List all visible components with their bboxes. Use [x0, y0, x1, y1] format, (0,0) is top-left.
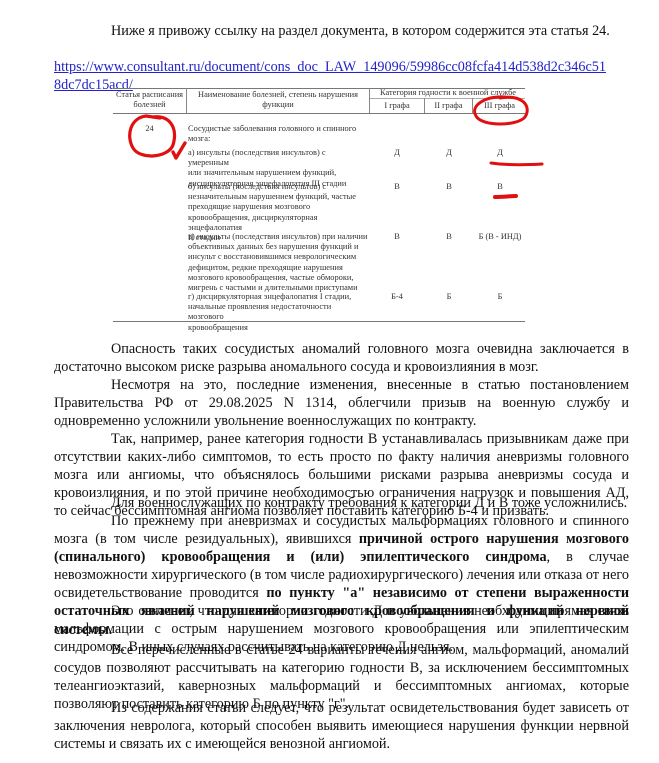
header-disease-name: Наименование болезней, степень нарушения…	[187, 90, 369, 110]
row-v-col-2: В	[424, 232, 474, 242]
row-b-col-2: В	[424, 182, 474, 192]
row-g-col-2: Б	[424, 292, 474, 302]
paragraph-8: Из содержания статьи следует, что резуль…	[54, 699, 629, 753]
header-col-3: III графа	[473, 101, 526, 111]
row-a-col-2: Д	[424, 148, 474, 158]
group-title: Сосудистые заболевания головного и спинн…	[188, 124, 368, 144]
row-a-col-3: Д	[475, 148, 525, 158]
table-row-g: г) дисциркуляторная энцефалопатия I стад…	[188, 292, 368, 333]
paragraph-1: Опасность таких сосудистых аномалий голо…	[54, 340, 629, 376]
paragraph-2: Несмотря на это, последние изменения, вн…	[54, 376, 629, 430]
header-col-1: I графа	[370, 101, 424, 111]
row-v-col-3: Б (В - ИНД)	[468, 232, 532, 242]
intro-sentence: Ниже я привожу ссылку на раздел документ…	[111, 22, 631, 40]
row-g-col-1: Б-4	[372, 292, 422, 302]
row-v-col-1: В	[372, 232, 422, 242]
table-row-v: в) инсульты (последствия инсультов) при …	[188, 232, 368, 293]
disease-schedule-table: Статья расписанияболезней Наименование б…	[108, 86, 528, 324]
row-a-col-1: Д	[372, 148, 422, 158]
paragraph-4: Для военнослужащих по контракту требован…	[54, 494, 629, 512]
row-b-col-1: В	[372, 182, 422, 192]
article-number: 24	[113, 124, 186, 134]
row-b-col-3: В	[475, 182, 525, 192]
header-article: Статья расписанияболезней	[113, 90, 186, 110]
header-col-2: II графа	[425, 101, 472, 111]
header-category: Категория годности к военной службе	[370, 88, 526, 98]
row-g-col-3: Б	[475, 292, 525, 302]
